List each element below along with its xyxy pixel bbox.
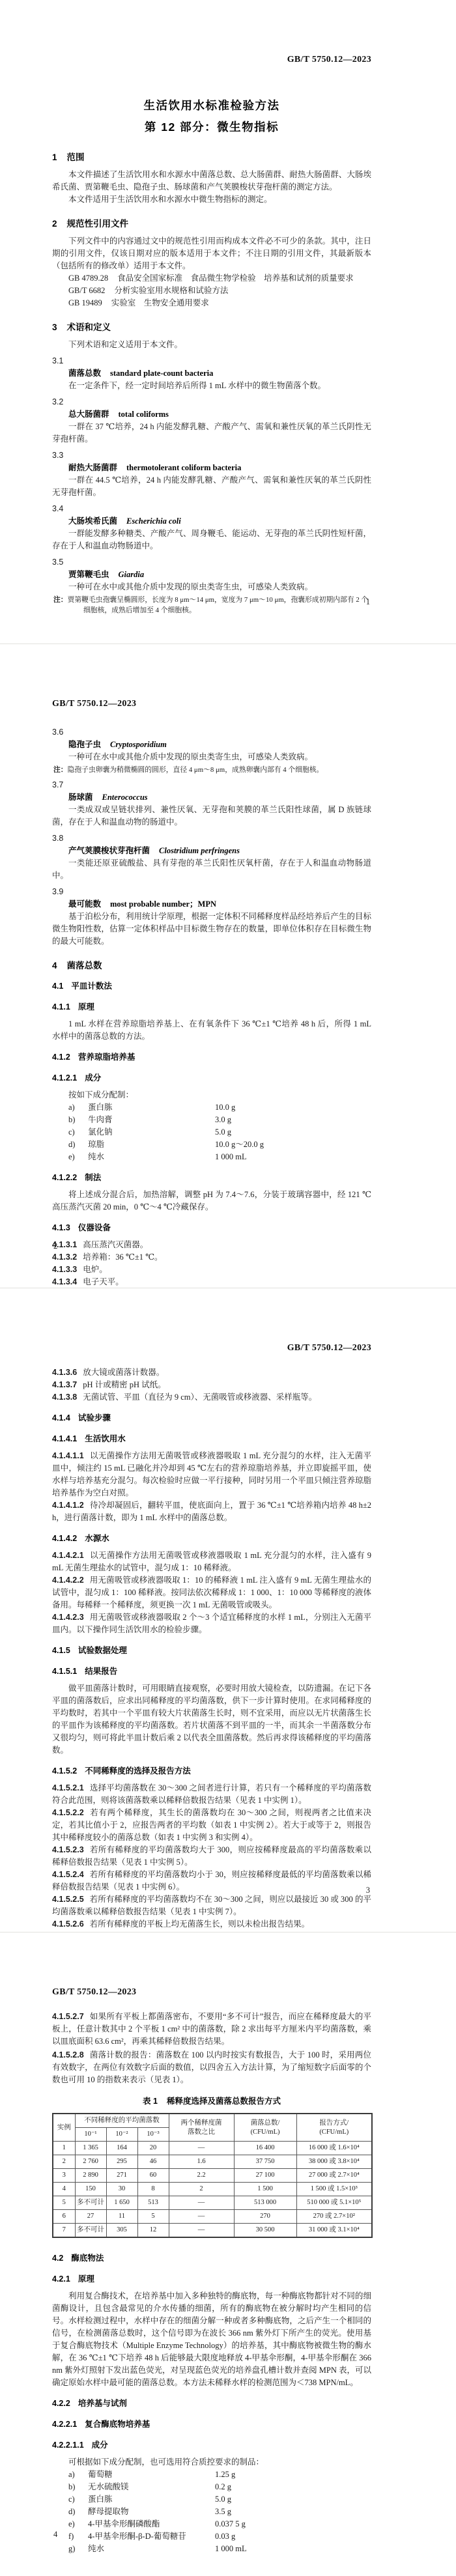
clause: 4.1.3.3电炉。 [52,1264,371,1276]
heading-number: 3 [52,322,57,332]
term-number: 3.2 [52,396,371,408]
scope-paragraph-1: 本文件描述了生活饮用水和水源水中菌落总数、总大肠菌群、耐热大肠菌群、大肠埃希氏菌… [52,169,371,193]
heading-label: 试验数据处理 [78,1646,127,1655]
running-header: GB/T 5750.12—2023 [287,55,371,65]
component-value: 0.037 5 g [215,2518,246,2530]
clause: 4.1.3.7pH 计或精密 pH 试纸。 [52,1379,371,1391]
clause-text: 选择平均菌落数在 30～300 之间者进行计算，若只有一个稀释度的平均菌落数符合… [52,1783,371,1805]
note-label: 注： [53,766,68,774]
table-cell: 31 000 或 3.1×10⁴ [296,2224,372,2238]
component-marker: b) [68,1114,88,1126]
heading-4-1-2: 4.1.2营养琼脂培养基 [52,1051,371,1064]
heading-number: 4.2 [52,2254,63,2263]
term-entry: 3.9 最可能数most probable number；MPN 基于泊松分布，… [52,886,371,948]
term-entry: 3.5 贾第鞭毛虫Giardia 一种可在水中或其他介质中发现的原虫类寄生虫，可… [52,556,371,616]
table-cell: 270 或 2.7×10² [296,2210,372,2224]
component-item: c)氯化钠5.0 g [68,1126,371,1139]
term-name-cn: 总大肠菌群 [68,410,109,419]
clause: 4.1.3.6放大镜或菌落计数器。 [52,1366,371,1379]
table-cell: 4 [53,2183,75,2196]
table-header-ratio-line2: 落数之比 [171,2128,233,2137]
term-name-en: Giardia [119,570,145,579]
component-marker: d) [68,1139,88,1151]
page-1-body: 生活饮用水标准检验方法 第 12 部分：微生物指标 1范围 本文件描述了生活饮用… [52,95,371,616]
table-cell: 8 [137,2183,169,2196]
table-cell: 38 000 或 3.8×10⁴ [296,2155,372,2169]
heading-4-1-1: 4.1.1原理 [52,1001,371,1013]
heading-4-1-4-1: 4.1.4.1生活饮用水 [52,1433,371,1445]
table-cell: 1 [53,2142,75,2155]
table-cell: — [169,2196,234,2210]
page-number: 3 [366,1886,370,1895]
heading-label: 菌落总数 [67,961,102,970]
table-cell: 30 500 [234,2224,296,2238]
heading-number: 4.2.2.1 [52,2420,77,2429]
table-cell: 多不可计 [75,2196,106,2210]
normative-references-paragraph: 下列文件中的内容通过文中的规范性引用而构成本文件必不可少的条款。其中，注日期的引… [52,235,371,272]
table-cell: 150 [75,2183,106,2196]
term-name: 菌落总数standard plate-count bacteria [68,367,371,380]
table-caption: 表 1稀释度选择及菌落总数报告方式 [52,2095,371,2108]
clause: 4.1.5.2.2若有两个稀释度，其生长的菌落数均在 30～300 之间，则视两… [52,1807,371,1844]
components-intro: 按如下成分配制： [52,1089,371,1101]
clause-number: 4.1.4.2.2 [52,1576,84,1585]
clause-number: 4.1.3.2 [52,1253,77,1262]
heading-number: 4.1.4 [52,1413,70,1422]
term-note: 注：贾第鞭毛虫孢囊呈椭圆形，长度为 8 μm～14 μm，宽度为 7 μm～10… [53,595,371,616]
table-header-example: 实例 [53,2114,75,2142]
clause: 4.1.5.2.6若所有稀释度的平板上均无菌落生长，则以未检出报告结果。 [52,1918,371,1931]
heading-4-1-5-2: 4.1.5.2不同稀释度的选择及报告方法 [52,1765,371,1777]
reference-code: GB 4789.28 [68,274,108,283]
table-header-total-line2: (CFU/mL) [236,2128,295,2137]
page-4: GB/T 5750.12—2023 4.1.5.2.7如果所有平板上都菌落密布，… [0,1932,456,2576]
heading-scope: 1范围 [52,151,371,163]
table-caption-number: 表 1 [143,2097,158,2106]
table-cell: 60 [137,2169,169,2183]
term-entry: 3.8 产气荚膜梭状芽孢杆菌Clostridium perfringens 一类… [52,832,371,882]
running-header: GB/T 5750.12—2023 [287,1343,371,1353]
heading-number: 4.1.3 [52,1223,70,1232]
table-cell: 2 [169,2183,234,2196]
table-cell: 2 760 [75,2155,106,2169]
table-header-report-line1: 报告方式/ [298,2119,371,2128]
term-name: 大肠埃希氏菌Escherichia coli [68,515,371,528]
component-name: 氯化钠 [88,1127,113,1137]
clause: 4.1.4.1.2待冷却凝固后，翻转平皿，使底面向上，置于 36 ℃±1 ℃培养… [52,1499,371,1524]
term-entry: 3.7 肠球菌Enterococcus 一类成双或呈链状排列、兼性厌氧、无芽孢和… [52,779,371,828]
component-item: e)纯水1 000 mL [68,1151,371,1163]
heading-label: 原理 [78,2274,94,2284]
term-name: 总大肠菌群total coliforms [68,408,371,421]
component-item: d)琼脂10.0 g～20.0 g [68,1139,371,1151]
term-entry: 3.1 菌落总数standard plate-count bacteria 在一… [52,355,371,392]
page-1: GB/T 5750.12—2023 生活饮用水标准检验方法 第 12 部分：微生… [0,0,456,644]
reference-code: GB/T 6682 [68,286,105,295]
result-report-paragraph: 做平皿菌落计数时，可用眼睛直接观察，必要时用放大镜检查，以防遗漏。在记下各平皿的… [52,1682,371,1757]
clause: 4.1.4.2.3用无菌吸管或移液器吸取 2 个～3 个适宜稀释度的水样 1 m… [52,1611,371,1636]
heading-label: 成分 [85,1073,101,1083]
clause-text: 培养箱：36 ℃±1 ℃。 [83,1253,162,1262]
clause: 4.1.3.8无菌试管、平皿（直径为 9 cm）、无菌吸管或移液器、采样瓶等。 [52,1391,371,1404]
component-marker: g) [68,2543,88,2555]
table-cell: 1 650 [106,2196,137,2210]
component-name: 牛肉膏 [88,1115,113,1124]
clause: 4.1.4.2.2用无菌吸管或移液器吸取 1：10 的稀释液 1 mL 注入盛有… [52,1574,371,1611]
heading-4-2-2-1-1: 4.2.2.1.1成分 [52,2439,371,2452]
term-name-cn: 肠球菌 [68,793,93,802]
term-definition: 一类成双或呈链状排列、兼性厌氧、无芽孢和荚膜的革兰氏阳性球菌，属 D 族链球菌，… [52,804,371,828]
table-cell: 20 [137,2142,169,2155]
reference-title: 实验室 生物安全通用要求 [111,298,209,307]
document-viewer: { "doc": { "code": "GB/T 5750.12—2023" }… [0,0,456,2576]
table-cell: — [169,2142,234,2155]
table-cell: 30 [106,2183,137,2196]
heading-number: 4.1.2 [52,1053,70,1062]
heading-4-1-2-2: 4.1.2.2制法 [52,1172,371,1184]
table-row: 627115—270270 或 2.7×10² [53,2210,372,2224]
clause-text: 用无菌吸管或移液器吸取 1：10 的稀释液 1 mL 注入盛有 9 mL 无菌生… [52,1576,371,1609]
preparation-paragraph: 将上述成分混合后，加热溶解，调整 pH 为 7.4～7.6，分装于玻璃容器中，经… [52,1189,371,1213]
clause-text: 菌落计数的报告：菌落数在 100 以内时按实有数报告，大于 100 时，采用两位… [52,2050,371,2084]
component-item: e)4-甲基伞形酮磷酸酯0.037 5 g [68,2518,371,2530]
component-item: d)酵母提取物3.5 g [68,2506,371,2518]
heading-number: 4.1.2.1 [52,1073,77,1083]
table-cell: 多不可计 [75,2224,106,2238]
heading-4-2-2-1: 4.2.2.1复合酶底物培养基 [52,2418,371,2431]
clause-text: 若所有稀释度的平均菌落数均小于 30，则应按稀释度最低的平均菌落数乘以稀释倍数报… [52,1870,371,1891]
heading-normative-references: 2规范性引用文件 [52,218,371,230]
table-cell: 5 [137,2210,169,2224]
term-name: 隐孢子虫Cryptosporidium [68,739,371,751]
component-name: 4-甲基伞形酮磷酸酯 [88,2519,160,2528]
component-item: f)4-甲基伞形酮-β-D-葡萄糖苷0.03 g [68,2530,371,2543]
heading-number: 4.1.5.1 [52,1667,77,1676]
table-cell: 1 500 [234,2183,296,2196]
clause-text: 如果所有平板上都菌落密布，不要用“多不可计”报告，而应在稀释度最大的平板上，任意… [52,2012,371,2046]
heading-number: 4.2.2 [52,2399,70,2408]
clause-text: 若所有稀释度的平均菌落数均不在 30～300 之间，则应以最接近 30 或 30… [52,1895,371,1916]
component-name: 纯水 [88,2544,104,2553]
table-cell: 295 [106,2155,137,2169]
component-value: 10.0 g～20.0 g [215,1139,264,1151]
page-4-body: 4.1.5.2.7如果所有平板上都菌落密布，不要用“多不可计”报告，而应在稀释度… [52,2011,371,2555]
table-cell: 5 [53,2196,75,2210]
components-intro: 可根据如下成分配制，也可选用符合质控要求的制品： [52,2456,371,2469]
reference-item: GB/T 6682分析实验室用水规格和试验方法 [68,285,371,297]
component-name: 琼脂 [88,1140,104,1149]
table-cell: 270 [234,2210,296,2224]
heading-label: 酶底物法 [71,2254,104,2263]
table-header-dilution-2: 10⁻² [106,2128,137,2142]
heading-number: 4 [52,961,57,970]
table-header-total: 菌落总数/(CFU/mL) [234,2114,296,2142]
component-value: 1 000 mL [215,2543,247,2555]
table-cell: 37 750 [234,2155,296,2169]
heading-number: 2 [52,219,57,229]
heading-4-1-3: 4.1.3仪器设备 [52,1222,371,1234]
heading-number: 4.1 [52,982,63,991]
heading-label: 生活饮用水 [85,1434,126,1443]
table-cell: 2 [53,2155,75,2169]
clause-text: 高压蒸汽灭菌器。 [83,1240,148,1249]
clause-text: 若所有稀释度的平均菌落数均大于 300，则应按稀释度最高的平均菌落数乘以稀释倍数… [52,1845,371,1867]
term-name: 肠球菌Enterococcus [68,791,371,804]
heading-label: 制法 [85,1173,101,1182]
table-cell: 27 000 或 2.7×10⁴ [296,2169,372,2183]
table-cell: 305 [106,2224,137,2238]
clause: 4.1.5.2.1选择平均菌落数在 30～300 之间者进行计算，若只有一个稀释… [52,1782,371,1807]
heading-label: 水源水 [85,1534,109,1543]
table-cell: 1 365 [75,2142,106,2155]
table-cell: 164 [106,2142,137,2155]
table-row: 5多不可计1 650513—513 000510 000 或 5.1×10⁵ [53,2196,372,2210]
heading-4-2-1: 4.2.1原理 [52,2273,371,2286]
heading-number: 4.2.1 [52,2274,70,2284]
table-cell: 27 [75,2210,106,2224]
table-header-ratio-line1: 两个稀释度菌 [171,2119,233,2128]
table-header-total-line1: 菌落总数/ [236,2119,295,2128]
component-value: 10.0 g [215,1101,235,1114]
clause-number: 4.1.3.6 [52,1368,77,1377]
heading-number: 4.1.4.1 [52,1434,77,1443]
component-marker: c) [68,1126,88,1139]
heading-terms-definitions: 3术语和定义 [52,321,371,333]
term-definition: 一群在 37 ℃培养，24 h 内能发酵乳糖、产酸产气、需氧和兼性厌氧的革兰氏阴… [52,421,371,446]
heading-label: 平皿计数法 [71,982,112,991]
clause: 4.1.4.2.1以无菌操作方法用无菌吸管或移液器吸取 1 mL 充分混匀的水样… [52,1550,371,1574]
component-marker: c) [68,2493,88,2506]
page-3-body: 4.1.3.6放大镜或菌落计数器。 4.1.3.7pH 计或精密 pH 试纸。 … [52,1366,371,1931]
clause: 4.1.5.2.5若所有稀释度的平均菌落数均不在 30～300 之间，则应以最接… [52,1893,371,1918]
table-header-report: 报告方式/(CFU/mL) [296,2114,372,2142]
heading-4-1-4-2: 4.1.4.2水源水 [52,1533,371,1545]
clause-number: 4.1.5.2.2 [52,1808,84,1817]
clause-number: 4.1.4.1.2 [52,1501,84,1510]
table-row: 32 890271602.227 10027 000 或 2.7×10⁴ [53,2169,372,2183]
clause: 4.1.5.2.4若所有稀释度的平均菌落数均小于 30，则应按稀释度最低的平均菌… [52,1869,371,1893]
term-number: 3.1 [52,355,371,367]
term-number: 3.3 [52,449,371,462]
component-value: 0.03 g [215,2530,235,2543]
heading-label: 结果报告 [85,1667,117,1676]
table-cell: 510 000 或 5.1×10⁵ [296,2196,372,2210]
heading-label: 仪器设备 [78,1223,111,1232]
term-number: 3.7 [52,779,371,791]
clause-number: 4.1.5.2.4 [52,1870,84,1879]
term-definition: 基于泊松分布，利用统计学原理，根据一定体积不同稀释度样品经培养后产生的目标微生物… [52,911,371,948]
term-name-en: total coliforms [119,410,169,419]
heading-label: 原理 [78,1002,94,1012]
document-title-line-1: 生活饮用水标准检验方法 [52,95,371,117]
clause-number: 4.1.5.2.6 [52,1919,84,1929]
clause-text: 若有两个稀释度，其生长的菌落数均在 30～300 之间，则视两者之比值来决定，若… [52,1808,371,1842]
table-header-group: 不同稀释度的平均菌落数 [75,2114,169,2128]
term-note: 注：隐孢子虫卵囊为稍微椭圆的圆形，直径 4 μm～8 μm，成熟卵囊内部有 4 … [53,765,371,775]
term-number: 3.6 [52,726,371,739]
clause-number: 4.1.5.2.3 [52,1845,84,1854]
clause-text: 无菌试管、平皿（直径为 9 cm）、无菌吸管或移液器、采样瓶等。 [83,1393,317,1402]
heading-4-1: 4.1平皿计数法 [52,980,371,993]
clause: 4.1.4.1.1以无菌操作方法用无菌吸管或移液器吸取 1 mL 充分混匀的水样… [52,1450,371,1499]
term-definition: 一群在 44.5 ℃培养，24 h 内能发酵乳糖、产酸产气、需氧和兼性厌氧的革兰… [52,474,371,499]
clause-text: 以无菌操作方法用无菌吸管或移液器吸取 1 mL 充分混匀的水样，注入无菌平皿中，… [52,1451,371,1497]
term-number: 3.9 [52,886,371,898]
component-value: 3.0 g [215,1114,231,1126]
table-row: 11 36516420—16 40016 000 或 1.6×10⁴ [53,2142,372,2155]
clause-text: 用无菌吸管或移液器吸取 2 个～3 个适宜稀释度的水样 1 mL，分别注入无菌平… [52,1613,371,1634]
component-marker: f) [68,2530,88,2543]
page-2: GB/T 5750.12—2023 3.6 隐孢子虫Cryptosporidiu… [0,644,456,1288]
component-value: 1 000 mL [215,1151,247,1163]
term-name-cn: 产气荚膜梭状芽孢杆菌 [68,846,150,855]
scope-paragraph-2: 本文件适用于生活饮用水和水源水中微生物指标的测定。 [52,193,371,206]
table-caption-text: 稀释度选择及菌落总数报告方式 [167,2097,281,2106]
term-number: 3.8 [52,832,371,845]
heading-number: 4.2.2.1.1 [52,2441,84,2450]
term-name: 贾第鞭毛虫Giardia [68,569,371,581]
page-number: 4 [53,2530,57,2540]
clause: 4.1.3.4电子天平。 [52,1276,371,1288]
page-number: 2 [53,1241,57,1251]
clause: 4.1.3.2培养箱：36 ℃±1 ℃。 [52,1251,371,1264]
component-item: a)蛋白胨10.0 g [68,1101,371,1114]
heading-label: 营养琼脂培养基 [78,1053,135,1062]
term-entry: 3.6 隐孢子虫Cryptosporidium 一种可在水中或其他介质中发现的原… [52,726,371,775]
clause-number: 4.1.5.2.7 [52,2012,84,2021]
note-text: 贾第鞭毛虫孢囊呈椭圆形，长度为 8 μm～14 μm，宽度为 7 μm～10 μ… [68,596,369,614]
component-name: 蛋白胨 [88,1103,113,1112]
term-name-en: Clostridium perfringens [159,846,240,855]
term-name-cn: 大肠埃希氏菌 [68,517,117,526]
heading-number: 4.1.5 [52,1646,70,1655]
clause-text: 以无菌操作方法用无菌吸管或移液器吸取 1 mL 充分混匀的水样，注入盛有 9 m… [52,1551,371,1572]
table-cell: 16 400 [234,2142,296,2155]
component-marker: b) [68,2481,88,2493]
table-cell: 11 [106,2210,137,2224]
clause-number: 4.1.3.4 [52,1277,77,1286]
clause-number: 4.1.3.8 [52,1393,77,1402]
term-entry: 3.2 总大肠菌群total coliforms 一群在 37 ℃培养，24 h… [52,396,371,446]
clause-number: 4.1.5.2.8 [52,2050,84,2059]
table-row: 22 760295461.637 75038 000 或 3.8×10⁴ [53,2155,372,2169]
component-value: 0.2 g [215,2481,231,2493]
term-name: 最可能数most probable number；MPN [68,898,371,911]
component-value: 5.0 g [215,1126,231,1139]
table-cell: 46 [137,2155,169,2169]
reference-item: GB 4789.28食品安全国家标准 食品微生物学检验 培养基和试剂的质量要求 [68,272,371,285]
heading-number: 4.1.5.2 [52,1766,77,1776]
component-item: b)牛肉膏3.0 g [68,1114,371,1126]
running-header: GB/T 5750.12—2023 [52,699,136,709]
heading-4-1-5-1: 4.1.5.1结果报告 [52,1665,371,1678]
table-cell: 2 890 [75,2169,106,2183]
clause-text: 电炉。 [83,1265,107,1274]
table-cell: 513 000 [234,2196,296,2210]
table-cell: 1 500 或 1.5×10³ [296,2183,372,2196]
clause: 4.1.5.2.3若所有稀释度的平均菌落数均大于 300，则应按稀释度最高的平均… [52,1844,371,1869]
terms-intro: 下列术语和定义适用于本文件。 [52,339,371,351]
table-row: 7多不可计30512—30 50031 000 或 3.1×10⁴ [53,2224,372,2238]
heading-4-2-2: 4.2.2培养基与试剂 [52,2398,371,2410]
principle-paragraph: 1 mL 水样在营养琼脂培养基上、在有氧条件下 36 ℃±1 ℃培养 48 h … [52,1018,371,1043]
clause: 4.1.5.2.7如果所有平板上都菌落密布，不要用“多不可计”报告，而应在稀释度… [52,2011,371,2048]
component-name: 4-甲基伞形酮-β-D-葡萄糖苷 [88,2532,186,2541]
clause-number: 4.1.4.2.1 [52,1551,84,1560]
clause-text: 放大镜或菌落计数器。 [83,1368,164,1377]
term-name-en: Enterococcus [102,793,148,802]
document-title-line-2: 第 12 部分：微生物指标 [52,117,371,138]
reference-title: 分析实验室用水规格和试验方法 [114,286,228,295]
heading-label: 复合酶底物培养基 [85,2420,150,2429]
reference-title: 食品安全国家标准 食品微生物学检验 培养基和试剂的质量要求 [117,274,354,283]
component-item: c)蛋白胨5.0 g [68,2493,371,2506]
clause-text: pH 计或精密 pH 试纸。 [83,1380,165,1389]
heading-4-1-5: 4.1.5试验数据处理 [52,1645,371,1657]
note-label: 注： [53,596,68,604]
table-cell: 27 100 [234,2169,296,2183]
term-definition: 一类能还原亚硫酸盐、具有芽孢的革兰氏阳性厌氧杆菌，存在于人和温血动物肠道中。 [52,857,371,882]
clause-number: 4.1.4.1.1 [52,1451,84,1460]
term-name: 产气荚膜梭状芽孢杆菌Clostridium perfringens [68,845,371,857]
term-name-cn: 隐孢子虫 [68,740,101,749]
term-name-en: most probable number；MPN [110,899,216,909]
table-header-ratio: 两个稀释度菌落数之比 [169,2114,234,2142]
clause-number: 4.1.4.2.3 [52,1613,84,1622]
component-marker: d) [68,2506,88,2518]
heading-enzyme-substrate: 4.2酶底物法 [52,2252,371,2265]
component-value: 5.0 g [215,2493,231,2506]
heading-number: 1 [52,152,57,162]
component-name: 葡萄糖 [88,2470,113,2479]
component-name: 蛋白胨 [88,2495,113,2504]
term-name-cn: 最可能数 [68,899,101,909]
component-name: 纯水 [88,1152,104,1161]
page-number: 1 [366,597,370,607]
heading-label: 成分 [92,2441,108,2450]
table-cell: — [169,2210,234,2224]
term-name-en: Escherichia coli [126,517,181,526]
table-row: 415030821 5001 500 或 1.5×10³ [53,2183,372,2196]
table-cell: 1.6 [169,2155,234,2169]
clause-number: 4.1.3.3 [52,1265,77,1274]
table-cell: 6 [53,2210,75,2224]
clause: 4.1.5.2.8菌落计数的报告：菌落数在 100 以内时按实有数报告，大于 1… [52,2049,371,2086]
heading-plate-count: 4菌落总数 [52,959,371,972]
page-2-body: 3.6 隐孢子虫Cryptosporidium 一种可在水中或其他介质中发现的原… [52,722,371,1288]
clause-number: 4.1.5.2.1 [52,1783,84,1792]
term-name-en: Cryptosporidium [110,740,167,749]
page-3: GB/T 5750.12—2023 4.1.3.6放大镜或菌落计数器。 4.1.… [0,1288,456,1932]
heading-label: 培养基与试剂 [78,2399,127,2408]
heading-number: 4.1.4.2 [52,1534,77,1543]
heading-number: 4.1.2.2 [52,1173,77,1182]
dilution-report-table: 实例 不同稀释度的平均菌落数 两个稀释度菌落数之比 菌落总数/(CFU/mL) … [52,2113,373,2238]
term-number: 3.4 [52,503,371,515]
table-cell: 3 [53,2169,75,2183]
document-title: 生活饮用水标准检验方法 第 12 部分：微生物指标 [52,95,371,138]
reference-code: GB 19489 [68,298,102,307]
clause: 4.1.3.1高压蒸汽灭菌器。 [52,1239,371,1251]
term-entry: 3.4 大肠埃希氏菌Escherichia coli 一群能发酵多种糖类、产酸产… [52,503,371,552]
term-name-en: thermotolerant coliform bacteria [126,463,241,472]
table-cell: 16 000 或 1.6×10⁴ [296,2142,372,2155]
heading-label: 试验步骤 [78,1413,111,1422]
table-cell: 2.2 [169,2169,234,2183]
clause-number: 4.1.5.2.5 [52,1895,84,1904]
heading-label: 规范性引用文件 [67,219,129,229]
table-cell: 7 [53,2224,75,2238]
